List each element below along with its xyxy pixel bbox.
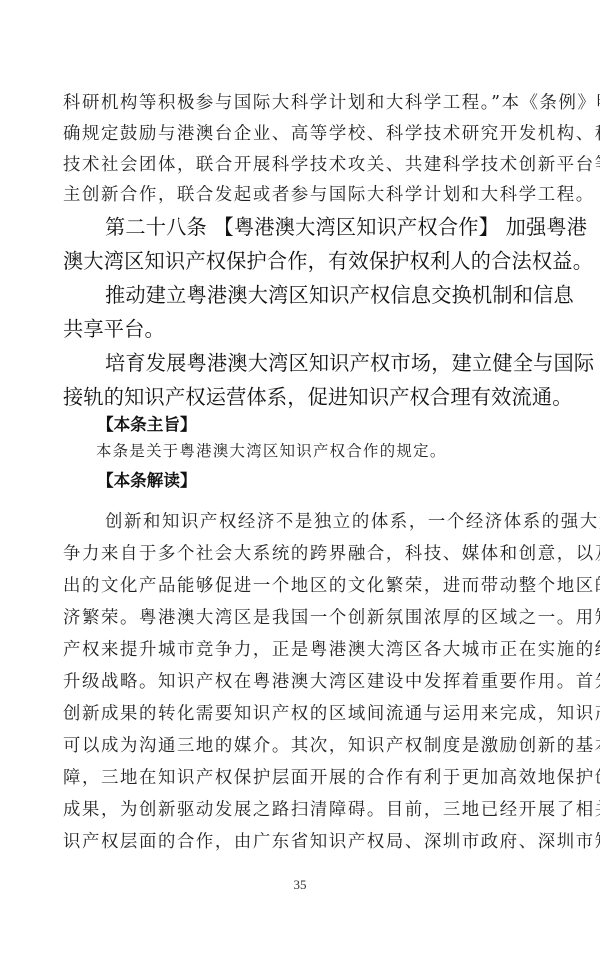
article-line: 澳大湾区知识产权保护合作，有效保护权利人的合法权益。 xyxy=(63,245,537,274)
interpretation-line: 可以成为沟通三地的媒介。其次，知识产权制度是激励创新的基本保 xyxy=(63,731,537,756)
interpretation-line: 创新和知识产权经济不是独立的体系，一个经济体系的强大竞 xyxy=(63,507,537,532)
intro-line: 确规定鼓励与港澳台企业、高等学校、科学技术研究开发机构、科学 xyxy=(63,119,537,144)
interpretation-line: 争力来自于多个社会大系统的跨界融合，科技、媒体和创意，以及杰 xyxy=(63,539,537,564)
interpretation-line: 识产权层面的合作，由广东省知识产权局、深圳市政府、深圳市知识 xyxy=(63,827,537,852)
interpretation-line: 成果，为创新驱动发展之路扫清障碍。目前，三地已经开展了相关知 xyxy=(63,795,537,820)
article-line: 培育发展粤港澳大湾区知识产权市场，建立健全与国际 xyxy=(63,347,537,376)
interpretation-heading: 【本条解读】 xyxy=(97,467,197,491)
article-line: 推动建立粤港澳大湾区知识产权信息交换机制和信息 xyxy=(63,279,537,308)
intro-line: 主创新合作，联合发起或者参与国际大科学计划和大科学工程。 xyxy=(63,180,537,205)
intro-line: 技术社会团体，联合开展科学技术攻关、共建科学技术创新平台等自 xyxy=(63,150,537,175)
purpose-text: 本条是关于粤港澳大湾区知识产权合作的规定。 xyxy=(96,439,447,461)
interpretation-line: 升级战略。知识产权在粤港澳大湾区建设中发挥着重要作用。首先， xyxy=(63,667,537,692)
article-line: 共享平台。 xyxy=(63,313,537,342)
interpretation-line: 创新成果的转化需要知识产权的区域间流通与运用来完成，知识产权 xyxy=(63,699,537,724)
article-line: 接轨的知识产权运营体系，促进知识产权合理有效流通。 xyxy=(63,381,537,410)
page-number: 35 xyxy=(0,877,600,893)
intro-line: 科研机构等积极参与国际大科学计划和大科学工程。”本《条例》明 xyxy=(63,88,537,113)
interpretation-line: 济繁荣。粤港澳大湾区是我国一个创新氛围浓厚的区域之一。用知识 xyxy=(63,603,537,628)
interpretation-line: 产权来提升城市竞争力，正是粤港澳大湾区各大城市正在实施的经济 xyxy=(63,635,537,660)
interpretation-line: 出的文化产品能够促进一个地区的文化繁荣，进而带动整个地区的经 xyxy=(63,571,537,596)
purpose-heading: 【本条主旨】 xyxy=(97,411,197,435)
document-page: 科研机构等积极参与国际大科学计划和大科学工程。”本《条例》明 确规定鼓励与港澳台… xyxy=(0,0,600,956)
article-title-line: 第二十八条 【粤港澳大湾区知识产权合作】 加强粤港 xyxy=(63,211,537,240)
interpretation-line: 障，三地在知识产权保护层面开展的合作有利于更加高效地保护创新 xyxy=(63,763,537,788)
